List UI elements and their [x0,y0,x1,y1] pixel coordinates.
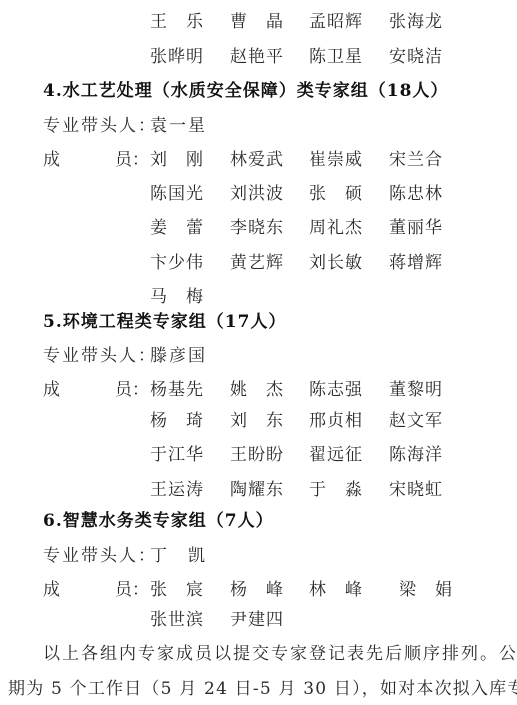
member-name: 陈志强 [309,377,363,403]
member-name: 王盼盼 [230,442,284,468]
member-name: 安晓洁 [389,44,443,70]
lead-label: 专业带头人： [43,343,157,369]
member-name: 梁 娟 [399,577,453,603]
closing-paragraph-line: 期为 5 个工作日（5 月 24 日-5 月 30 日），如对本次拟入库专家 [8,676,517,702]
member-name: 张世滨 [150,607,204,633]
members-label: 成 [43,377,60,403]
member-name: 刘 刚 [150,147,204,173]
lead-name: 丁 凯 [150,543,207,569]
member-name: 蒋增辉 [389,250,443,276]
member-name: 王 乐 [150,9,204,35]
member-name: 崔崇威 [309,147,363,173]
group-heading: 6.智慧水务类专家组（7人） [43,508,274,534]
member-name: 张海龙 [389,9,443,35]
member-name: 卞少伟 [150,250,204,276]
member-name: 林爱武 [230,147,284,173]
member-name: 杨 琦 [150,408,204,434]
member-name: 翟远征 [309,442,363,468]
member-name: 董丽华 [389,215,443,241]
closing-paragraph-line: 以上各组内专家成员以提交专家登记表先后顺序排列。公示 [43,641,517,667]
members-label: 员： [115,377,149,403]
member-name: 周礼杰 [309,215,363,241]
member-name: 林 峰 [309,577,363,603]
lead-name: 袁一星 [150,113,207,139]
group-heading: 5.环境工程类专家组（17人） [43,309,286,335]
member-name: 杨 峰 [230,577,284,603]
member-name: 陈卫星 [309,44,363,70]
member-name: 宋晓虹 [389,477,443,503]
group-heading: 4.水工艺处理（水质安全保障）类专家组（18人） [43,78,448,104]
lead-label: 专业带头人： [43,543,157,569]
member-name: 宋兰合 [389,147,443,173]
member-name: 刘长敏 [309,250,363,276]
member-name: 陈忠林 [389,181,443,207]
member-name: 王运涛 [150,477,204,503]
member-name: 孟昭辉 [309,9,363,35]
member-name: 于江华 [150,442,204,468]
member-name: 刘洪波 [230,181,284,207]
members-label: 成 [43,577,60,603]
member-name: 姜 蕾 [150,215,204,241]
member-name: 杨基先 [150,377,204,403]
member-name: 赵艳平 [230,44,284,70]
member-name: 张晔明 [150,44,204,70]
member-name: 马 梅 [150,284,204,310]
member-name: 黄艺辉 [230,250,284,276]
members-label: 员： [115,577,149,603]
member-name: 张 硕 [309,181,363,207]
members-label: 员： [115,147,149,173]
member-name: 刘 东 [230,408,284,434]
member-name: 尹建四 [230,607,284,633]
members-label: 成 [43,147,60,173]
member-name: 陈国光 [150,181,204,207]
member-name: 姚 杰 [230,377,284,403]
member-name: 曹 晶 [230,9,284,35]
member-name: 李晓东 [230,215,284,241]
member-name: 于 淼 [309,477,363,503]
member-name: 赵文军 [389,408,443,434]
member-name: 董黎明 [389,377,443,403]
member-name: 张 宸 [150,577,204,603]
member-name: 陈海洋 [389,442,443,468]
member-name: 邢贞相 [309,408,363,434]
member-name: 陶耀东 [230,477,284,503]
lead-label: 专业带头人： [43,113,157,139]
lead-name: 滕彦国 [150,343,207,369]
